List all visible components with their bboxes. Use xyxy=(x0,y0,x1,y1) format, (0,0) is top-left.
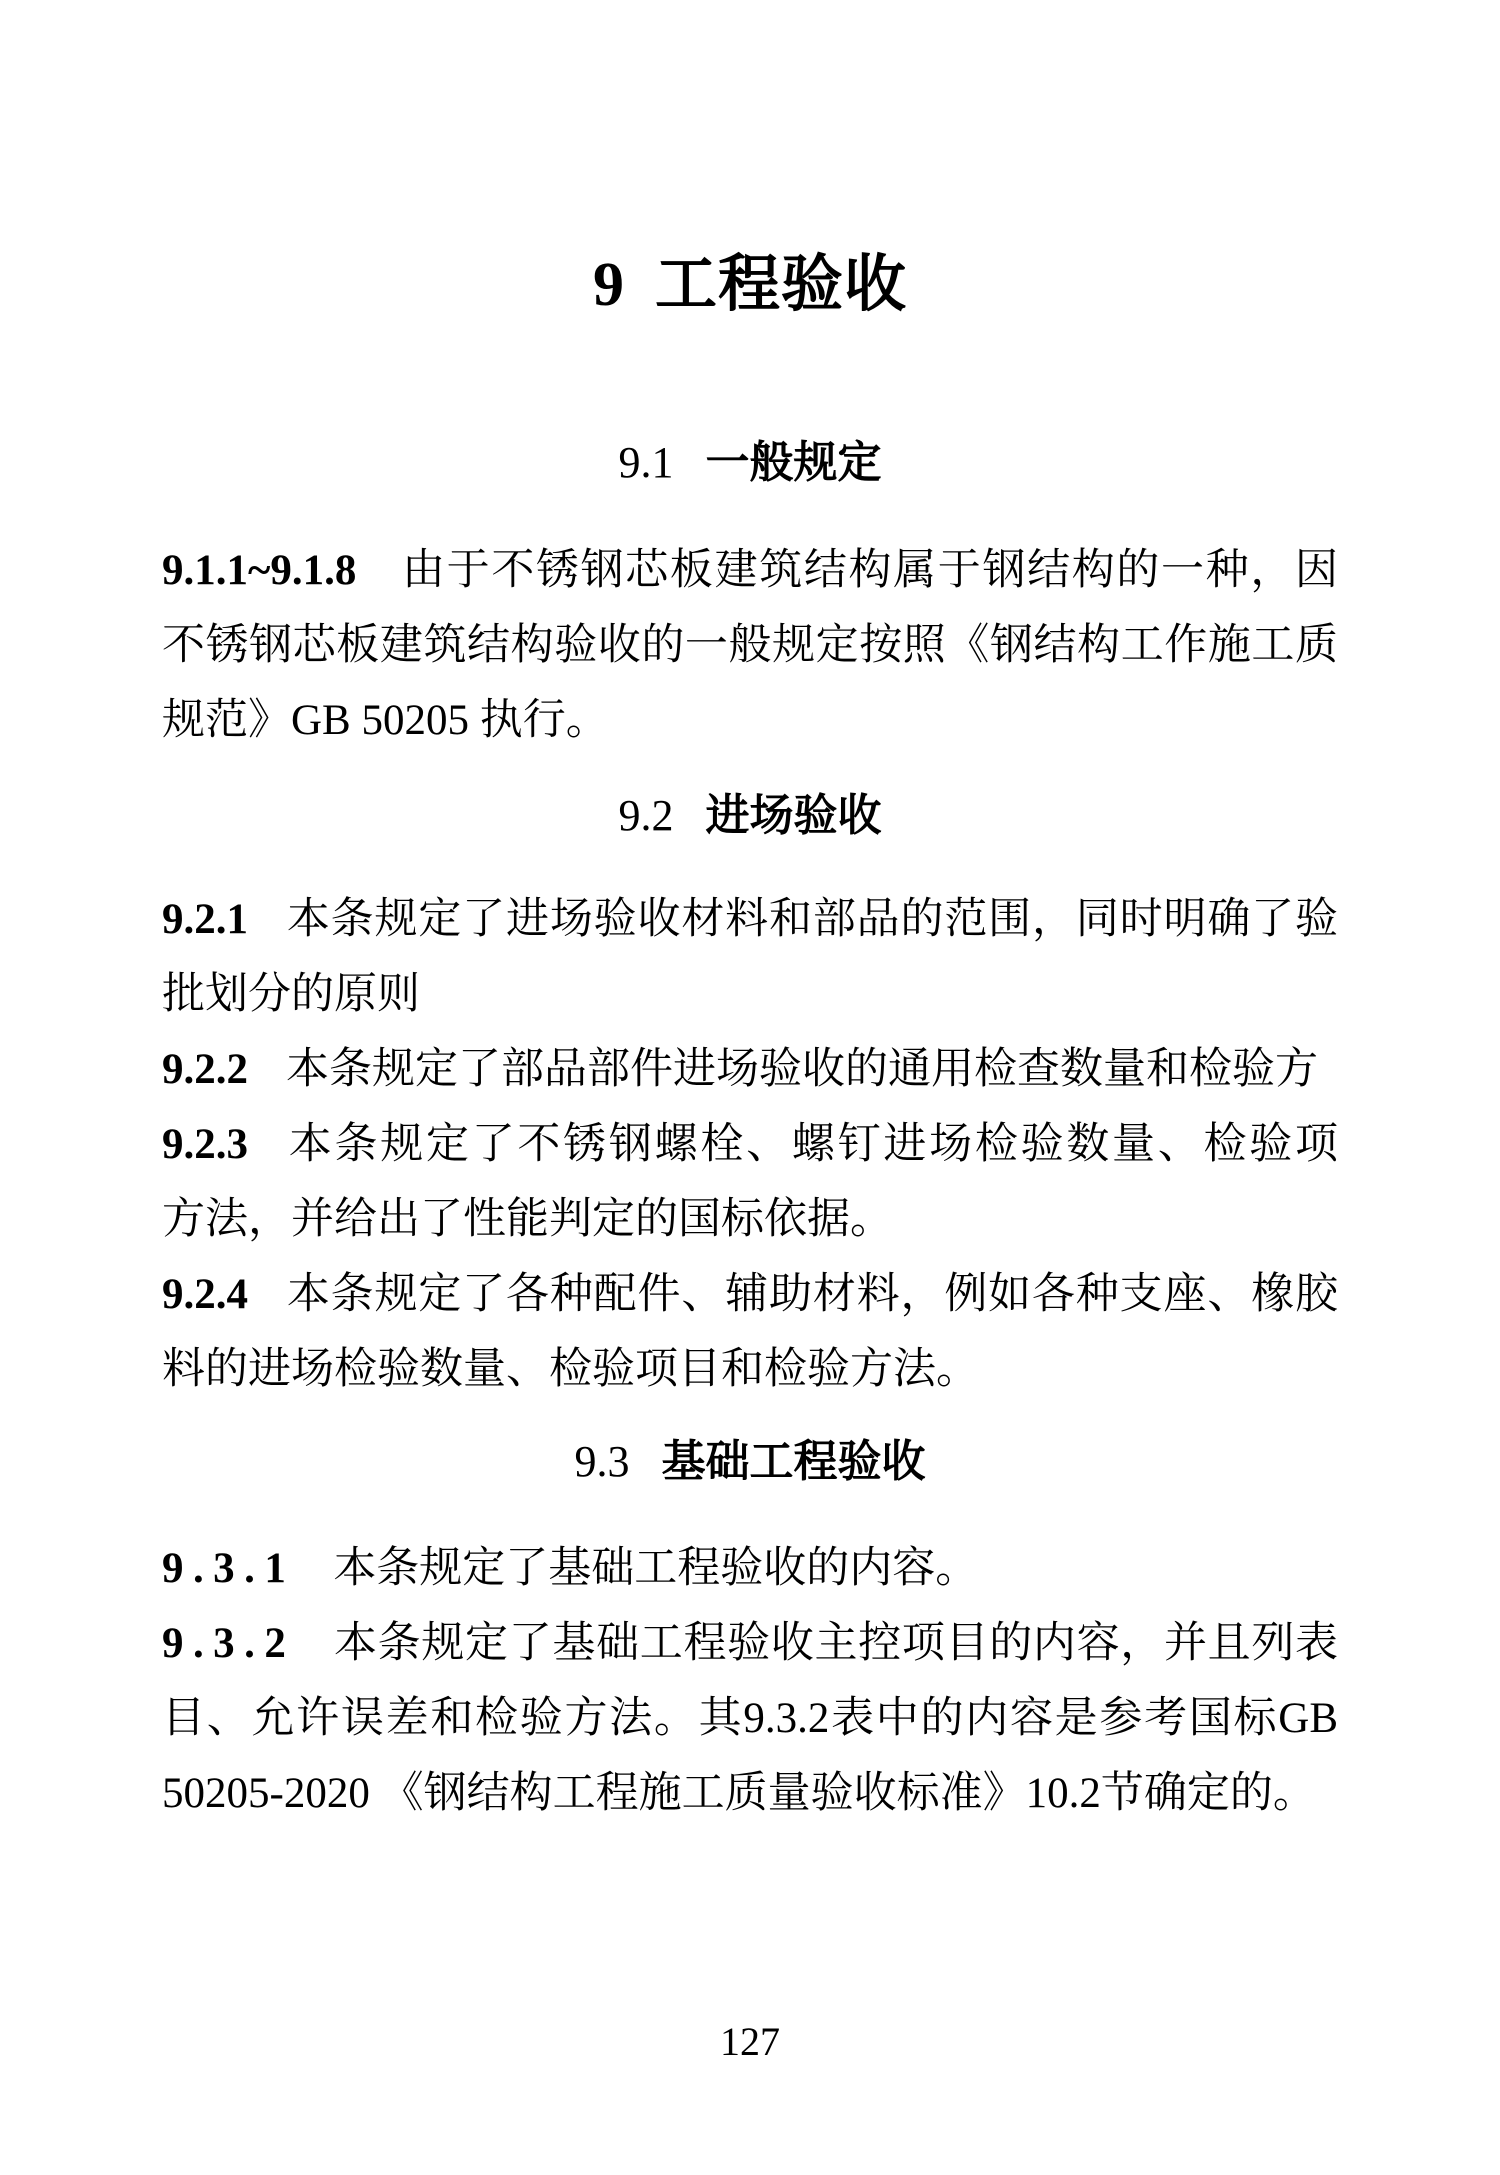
paragraph-9-3-1-line-1: 9.3.1本条规定了基础工程验收的内容。 xyxy=(162,1531,1338,1606)
page-number: 127 xyxy=(0,2019,1500,2064)
section-title-9-3: 基础工程验收 xyxy=(662,1437,926,1486)
section-heading-9-3: 9.3基础工程验收 xyxy=(0,1432,1500,1492)
paragraph-9-2-3-line-1: 9.2.3本条规定了不锈钢螺栓、螺钉进场检验数量、检验项目、检验 xyxy=(162,1107,1338,1182)
paragraph-9-2-4-line-2: 料的进场检验数量、检验项目和检验方法。 xyxy=(162,1332,1338,1407)
clause-label-9-2-2: 9.2.2 xyxy=(162,1046,248,1093)
section-number-9-2: 9.2 xyxy=(619,791,674,840)
section-heading-9-1: 9.1一般规定 xyxy=(0,433,1500,493)
document-page: 9工程验收 9.1一般规定 9.1.1~9.1.8由于不锈钢芯板建筑结构属于钢结… xyxy=(0,0,1500,2175)
clause-label-9-1-1: 9.1.1~9.1.8 xyxy=(162,547,356,594)
paragraph-9-2-1-line-2: 批划分的原则 xyxy=(162,957,1338,1032)
paragraph-9-3-1-text-1: 本条规定了基础工程验收的内容。 xyxy=(333,1545,978,1592)
clause-label-9-2-1: 9.2.1 xyxy=(162,896,248,943)
paragraph-9-3-2-line-1: 9.3.2本条规定了基础工程验收主控项目的内容，并且列表检验项 xyxy=(162,1606,1338,1681)
section-9-3-body: 9.3.1本条规定了基础工程验收的内容。 9.3.2本条规定了基础工程验收主控项… xyxy=(162,1531,1338,1831)
paragraph-9-2-1-line-1: 9.2.1本条规定了进场验收材料和部品的范围，同时明确了验收检验 xyxy=(162,882,1338,957)
paragraph-9-3-2-line-2: 目、允许误差和检验方法。其9.3.2表中的内容是参考国标GB xyxy=(162,1681,1338,1756)
clause-label-9-2-4: 9.2.4 xyxy=(162,1271,248,1318)
chapter-number: 9 xyxy=(593,251,625,319)
section-heading-9-2: 9.2进场验收 xyxy=(0,786,1500,846)
section-title-9-1: 一般规定 xyxy=(706,438,882,487)
paragraph-9-1-1-line-3: 规范》GB 50205 执行。 xyxy=(162,683,1338,758)
paragraph-9-2-3-line-2: 方法，并给出了性能判定的国标依据。 xyxy=(162,1182,1338,1257)
clause-label-9-2-3: 9.2.3 xyxy=(162,1121,248,1168)
paragraph-9-2-1-text-1: 本条规定了进场验收材料和部品的范围，同时明确了验收检验 xyxy=(162,896,1338,957)
paragraph-9-2-2-text-1: 本条规定了部品部件进场验收的通用检查数量和检验方法。 xyxy=(162,1046,1318,1107)
chapter-title: 9工程验收 xyxy=(0,248,1500,323)
paragraph-9-2-4-text-1: 本条规定了各种配件、辅助材料，例如各种支座、橡胶垫等材 xyxy=(162,1271,1338,1332)
section-number-9-1: 9.1 xyxy=(619,438,674,487)
paragraph-9-1-1-line-2: 不锈钢芯板建筑结构验收的一般规定按照《钢结构工作施工质量验收 xyxy=(162,608,1338,683)
paragraph-9-1-1-line-1: 9.1.1~9.1.8由于不锈钢芯板建筑结构属于钢结构的一种，因此对于 xyxy=(162,533,1338,608)
paragraph-9-2-3-text-1: 本条规定了不锈钢螺栓、螺钉进场检验数量、检验项目、检验 xyxy=(162,1121,1338,1182)
paragraph-9-3-2-text-1: 本条规定了基础工程验收主控项目的内容，并且列表检验项 xyxy=(162,1620,1338,1681)
paragraph-9-3-2-line-3: 50205-2020 《钢结构工程施工质量验收标准》10.2节确定的。 xyxy=(162,1756,1338,1831)
chapter-title-text: 工程验收 xyxy=(655,251,907,319)
clause-label-9-3-1: 9.3.1 xyxy=(162,1545,295,1592)
paragraph-9-1-1: 9.1.1~9.1.8由于不锈钢芯板建筑结构属于钢结构的一种，因此对于 不锈钢芯… xyxy=(162,533,1338,758)
clause-label-9-3-2: 9.3.2 xyxy=(162,1620,295,1667)
section-title-9-2: 进场验收 xyxy=(706,791,882,840)
paragraph-9-2-2-line-1: 9.2.2本条规定了部品部件进场验收的通用检查数量和检验方法。 xyxy=(162,1032,1338,1107)
section-9-2-body: 9.2.1本条规定了进场验收材料和部品的范围，同时明确了验收检验 批划分的原则 … xyxy=(162,882,1338,1407)
section-number-9-3: 9.3 xyxy=(575,1437,630,1486)
paragraph-9-2-4-line-1: 9.2.4本条规定了各种配件、辅助材料，例如各种支座、橡胶垫等材 xyxy=(162,1257,1338,1332)
